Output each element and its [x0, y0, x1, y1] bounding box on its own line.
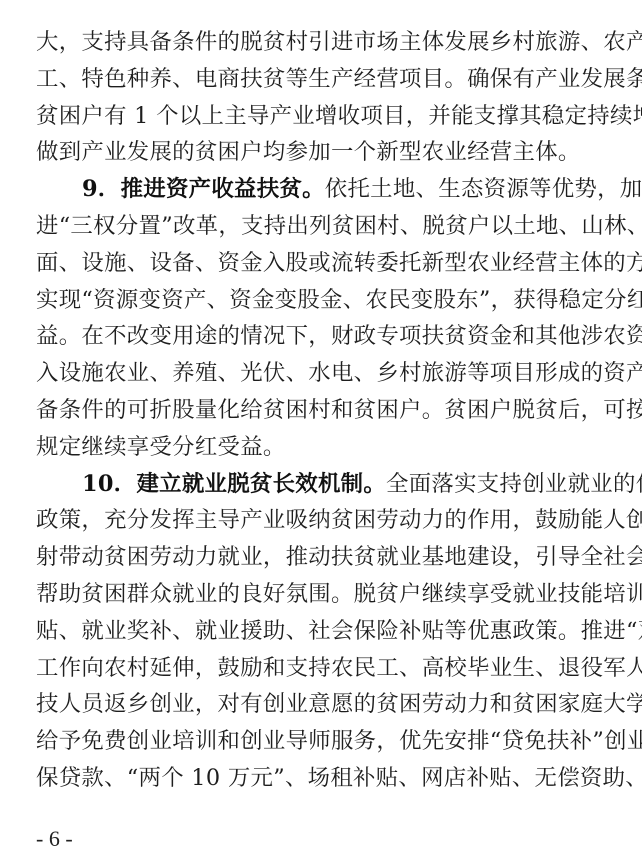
- text-line: 大，支持具备条件的脱贫村引进市场主体发展乡村旅游、农产品加: [36, 24, 606, 61]
- text-line: 实现“资源变资产、资金变股金、农民变股东”，获得稳定分红收: [36, 282, 606, 319]
- text-line: 帮助贫困群众就业的良好氛围。脱贫户继续享受就业技能培训补: [36, 576, 606, 613]
- text-line: 射带动贫困劳动力就业，推动扶贫就业基地建设，引导全社会形成: [36, 539, 606, 576]
- text-line: 面、设施、设备、资金入股或流转委托新型农业经营主体的方式，: [36, 245, 606, 282]
- text-run: 依托土地、生态资源等优势，加快推: [325, 176, 642, 202]
- text-line: 工、特色种养、电商扶贫等生产经营项目。确保有产业发展条件的: [36, 61, 606, 98]
- document-page: 大，支持具备条件的脱贫村引进市场主体发展乡村旅游、农产品加 工、特色种养、电商扶…: [36, 24, 606, 797]
- text-line: 益。在不改变用途的情况下，财政专项扶贫资金和其他涉农资金投: [36, 318, 606, 355]
- section-heading: 9．推进资产收益扶贫。: [82, 176, 325, 202]
- text-line: 给予免费创业培训和创业导师服务，优先安排“贷免扶补”创业担: [36, 723, 606, 760]
- section-heading: 10．建立就业脱贫长效机制。: [82, 471, 386, 497]
- text-run: 全面落实支持创业就业的优惠: [386, 471, 642, 497]
- text-line: 保贷款、“两个 10 万元”、场租补贴、网店补贴、无偿资助、创业: [36, 760, 606, 797]
- text-line: 入设施农业、养殖、光伏、水电、乡村旅游等项目形成的资产，具: [36, 355, 606, 392]
- text-line: 9．推进资产收益扶贫。依托土地、生态资源等优势，加快推: [36, 171, 606, 208]
- text-line: 规定继续享受分红受益。: [36, 429, 606, 466]
- paragraph-10: 10．建立就业脱贫长效机制。全面落实支持创业就业的优惠 政策，充分发挥主导产业吸…: [36, 466, 606, 797]
- page-number: - 6 -: [36, 826, 73, 852]
- text-line: 贫困户有 1 个以上主导产业增收项目，并能支撑其稳定持续增收；: [36, 98, 606, 135]
- text-line: 贴、就业奖补、就业援助、社会保险补贴等优惠政策。推进“双创”: [36, 613, 606, 650]
- text-line: 进“三权分置”改革，支持出列贫困村、脱贫户以土地、山林、水: [36, 208, 606, 245]
- text-line: 工作向农村延伸，鼓励和支持农民工、高校毕业生、退役军人、科: [36, 650, 606, 687]
- text-line: 10．建立就业脱贫长效机制。全面落实支持创业就业的优惠: [36, 466, 606, 503]
- paragraph-continuation: 大，支持具备条件的脱贫村引进市场主体发展乡村旅游、农产品加 工、特色种养、电商扶…: [36, 24, 606, 171]
- paragraph-9: 9．推进资产收益扶贫。依托土地、生态资源等优势，加快推 进“三权分置”改革，支持…: [36, 171, 606, 465]
- text-line: 政策，充分发挥主导产业吸纳贫困劳动力的作用，鼓励能人创业辐: [36, 502, 606, 539]
- text-line: 备条件的可折股量化给贫困村和贫困户。贫困户脱贫后，可按契约: [36, 392, 606, 429]
- text-line: 技人员返乡创业，对有创业意愿的贫困劳动力和贫困家庭大学生，: [36, 686, 606, 723]
- text-line: 做到产业发展的贫困户均参加一个新型农业经营主体。: [36, 134, 606, 171]
